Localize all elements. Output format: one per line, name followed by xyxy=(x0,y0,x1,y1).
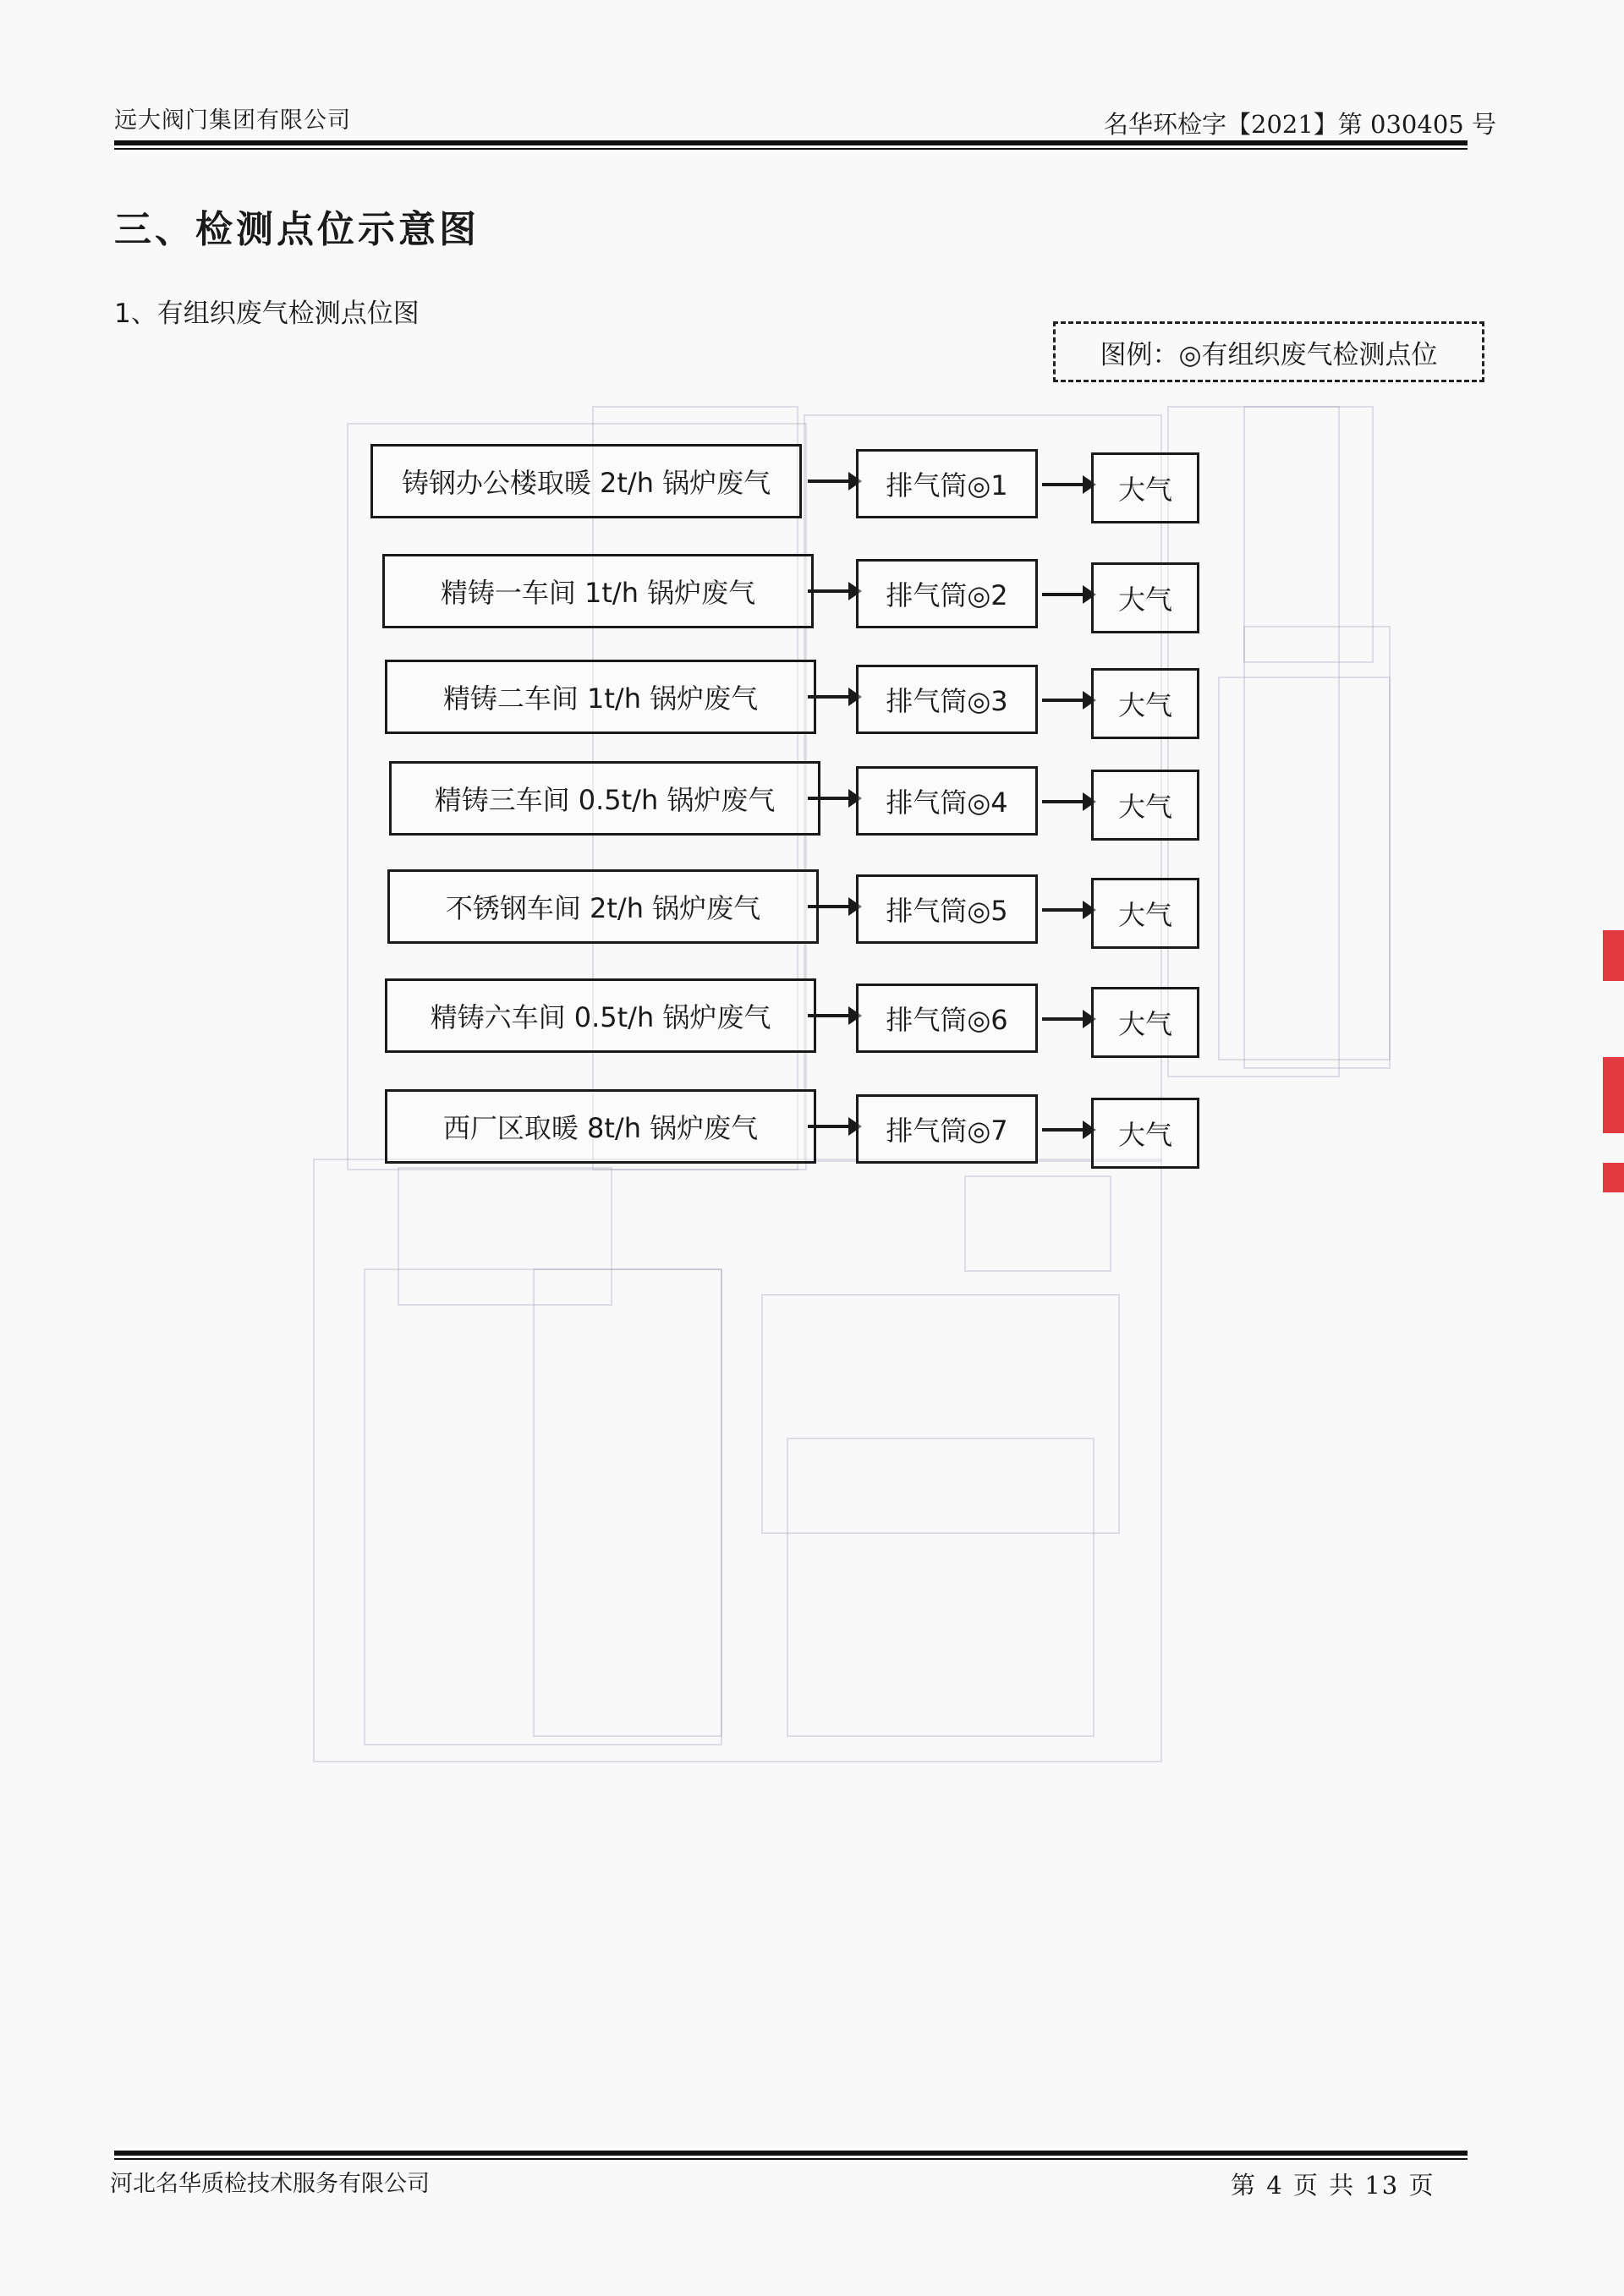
emission-source-box: 精铸一车间 1t/h 锅炉废气 xyxy=(382,554,814,628)
exhaust-stack-box: 排气筒◎2 xyxy=(856,559,1038,628)
seal-stamp-fragment xyxy=(1603,1057,1624,1133)
atmosphere-box: 大气 xyxy=(1091,770,1199,841)
exhaust-stack-box: 排气筒◎3 xyxy=(856,665,1038,734)
arrow-right-icon xyxy=(1042,483,1086,486)
emission-source-box: 铸钢办公楼取暖 2t/h 锅炉废气 xyxy=(370,444,802,518)
floor-plan-outline xyxy=(1243,406,1374,663)
atmosphere-box: 大气 xyxy=(1091,562,1199,633)
header-rule-thin xyxy=(114,148,1468,150)
subsection-title: 1、有组织废气检测点位图 xyxy=(114,292,420,330)
footer-rule xyxy=(114,2151,1468,2156)
arrow-right-icon xyxy=(808,797,852,800)
atmosphere-box: 大气 xyxy=(1091,452,1199,523)
atmosphere-box: 大气 xyxy=(1091,987,1199,1058)
seal-stamp-fragment xyxy=(1603,930,1624,981)
footer-company: 河北名华质检技术服务有限公司 xyxy=(110,2165,430,2198)
legend-box: 图例：◎有组织废气检测点位 xyxy=(1053,321,1484,382)
arrow-right-icon xyxy=(1042,699,1086,702)
atmosphere-box: 大气 xyxy=(1091,1098,1199,1169)
emission-source-box: 西厂区取暖 8t/h 锅炉废气 xyxy=(385,1089,816,1164)
exhaust-stack-box: 排气筒◎1 xyxy=(856,449,1038,518)
exhaust-stack-box: 排气筒◎4 xyxy=(856,766,1038,836)
arrow-right-icon xyxy=(808,1125,852,1128)
arrow-right-icon xyxy=(1042,800,1086,803)
section-title: 三、检测点位示意图 xyxy=(114,199,480,253)
arrow-right-icon xyxy=(1042,593,1086,596)
arrow-right-icon xyxy=(808,905,852,908)
seal-stamp-fragment xyxy=(1603,1163,1624,1192)
atmosphere-box: 大气 xyxy=(1091,668,1199,739)
header-company: 远大阀门集团有限公司 xyxy=(114,101,351,134)
header-report-number: 名华环检字【2021】第 030405 号 xyxy=(1104,106,1496,140)
floor-plan-outline xyxy=(533,1269,722,1737)
emission-source-box: 精铸二车间 1t/h 锅炉废气 xyxy=(385,660,816,734)
exhaust-stack-box: 排气筒◎7 xyxy=(856,1094,1038,1164)
arrow-right-icon xyxy=(808,589,852,593)
atmosphere-box: 大气 xyxy=(1091,878,1199,949)
arrow-right-icon xyxy=(1042,1128,1086,1132)
arrow-right-icon xyxy=(808,1014,852,1017)
arrow-right-icon xyxy=(808,695,852,699)
footer-rule-thin xyxy=(114,2158,1468,2160)
header-rule xyxy=(114,140,1468,145)
emission-source-box: 精铸三车间 0.5t/h 锅炉废气 xyxy=(389,761,820,836)
floor-plan-outline xyxy=(1218,677,1391,1060)
floor-plan-outline xyxy=(964,1175,1111,1272)
emission-source-box: 不锈钢车间 2t/h 锅炉废气 xyxy=(387,869,819,944)
arrow-right-icon xyxy=(808,479,852,483)
arrow-right-icon xyxy=(1042,1017,1086,1021)
arrow-right-icon xyxy=(1042,908,1086,912)
exhaust-stack-box: 排气筒◎6 xyxy=(856,984,1038,1053)
page-indicator: 第 4 页 共 13 页 xyxy=(1231,2167,1435,2201)
emission-source-box: 精铸六车间 0.5t/h 锅炉废气 xyxy=(385,978,816,1053)
floor-plan-outline xyxy=(787,1438,1095,1737)
exhaust-stack-box: 排气筒◎5 xyxy=(856,874,1038,944)
